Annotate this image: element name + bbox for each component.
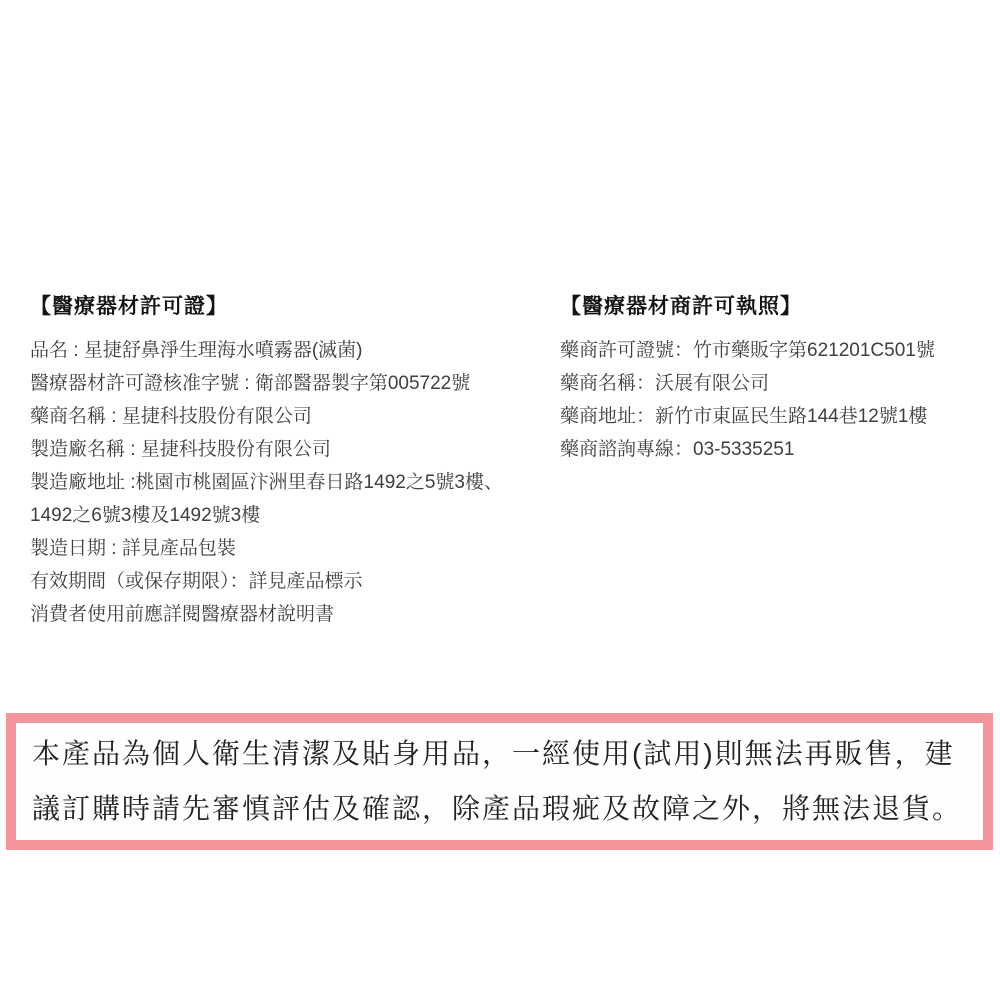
consumer-notice-line: 消費者使用前應詳閱醫療器材說明書 <box>30 598 560 631</box>
product-name-line: 品名 : 星捷舒鼻淨生理海水噴霧器(滅菌) <box>30 334 560 367</box>
warning-text-line-1: 本產品為個人衛生清潔及貼身用品，一經使用(試用)則無法再販售，建 <box>32 726 983 781</box>
vendor-address-line: 藥商地址：新竹市東區民生路144巷12號1樓 <box>560 400 975 433</box>
manufacturer-address-line-1: 製造廠地址 :桃園市桃園區汴洲里春日路1492之5號3樓、 <box>30 466 560 499</box>
license-approval-number-line: 醫療器材許可證核准字號 : 衛部醫器製字第005722號 <box>30 367 560 400</box>
medical-device-license-section: 【醫療器材許可證】 品名 : 星捷舒鼻淨生理海水噴霧器(滅菌) 醫療器材許可證核… <box>30 293 560 631</box>
vendor-permit-section: 【醫療器材商許可執照】 藥商許可證號：竹市藥販字第621201C501號 藥商名… <box>560 293 975 631</box>
manufacturer-name-line: 製造廠名稱 : 星捷科技股份有限公司 <box>30 433 560 466</box>
vendor-permit-header: 【醫療器材商許可執照】 <box>560 293 975 321</box>
warning-text-line-2: 議訂購時請先審慎評估及確認，除產品瑕疵及故障之外，將無法退貨。 <box>32 781 983 836</box>
pharma-vendor-name-line: 藥商名稱 : 星捷科技股份有限公司 <box>30 400 560 433</box>
vendor-hotline-line: 藥商諮詢專線：03-5335251 <box>560 433 975 466</box>
return-policy-warning-box: 本產品為個人衛生清潔及貼身用品，一經使用(試用)則無法再販售，建 議訂購時請先審… <box>6 713 993 850</box>
expiry-period-line: 有效期間（或保存期限）：詳見產品標示 <box>30 565 560 598</box>
license-info-columns: 【醫療器材許可證】 品名 : 星捷舒鼻淨生理海水噴霧器(滅菌) 醫療器材許可證核… <box>30 293 975 631</box>
manufacturer-address-line-2: 1492之6號3樓及1492號3樓 <box>30 499 560 532</box>
manufacture-date-line: 製造日期 : 詳見產品包裝 <box>30 532 560 565</box>
vendor-name-line: 藥商名稱：沃展有限公司 <box>560 367 975 400</box>
medical-device-license-header: 【醫療器材許可證】 <box>30 293 560 321</box>
vendor-permit-number-line: 藥商許可證號：竹市藥販字第621201C501號 <box>560 334 975 367</box>
